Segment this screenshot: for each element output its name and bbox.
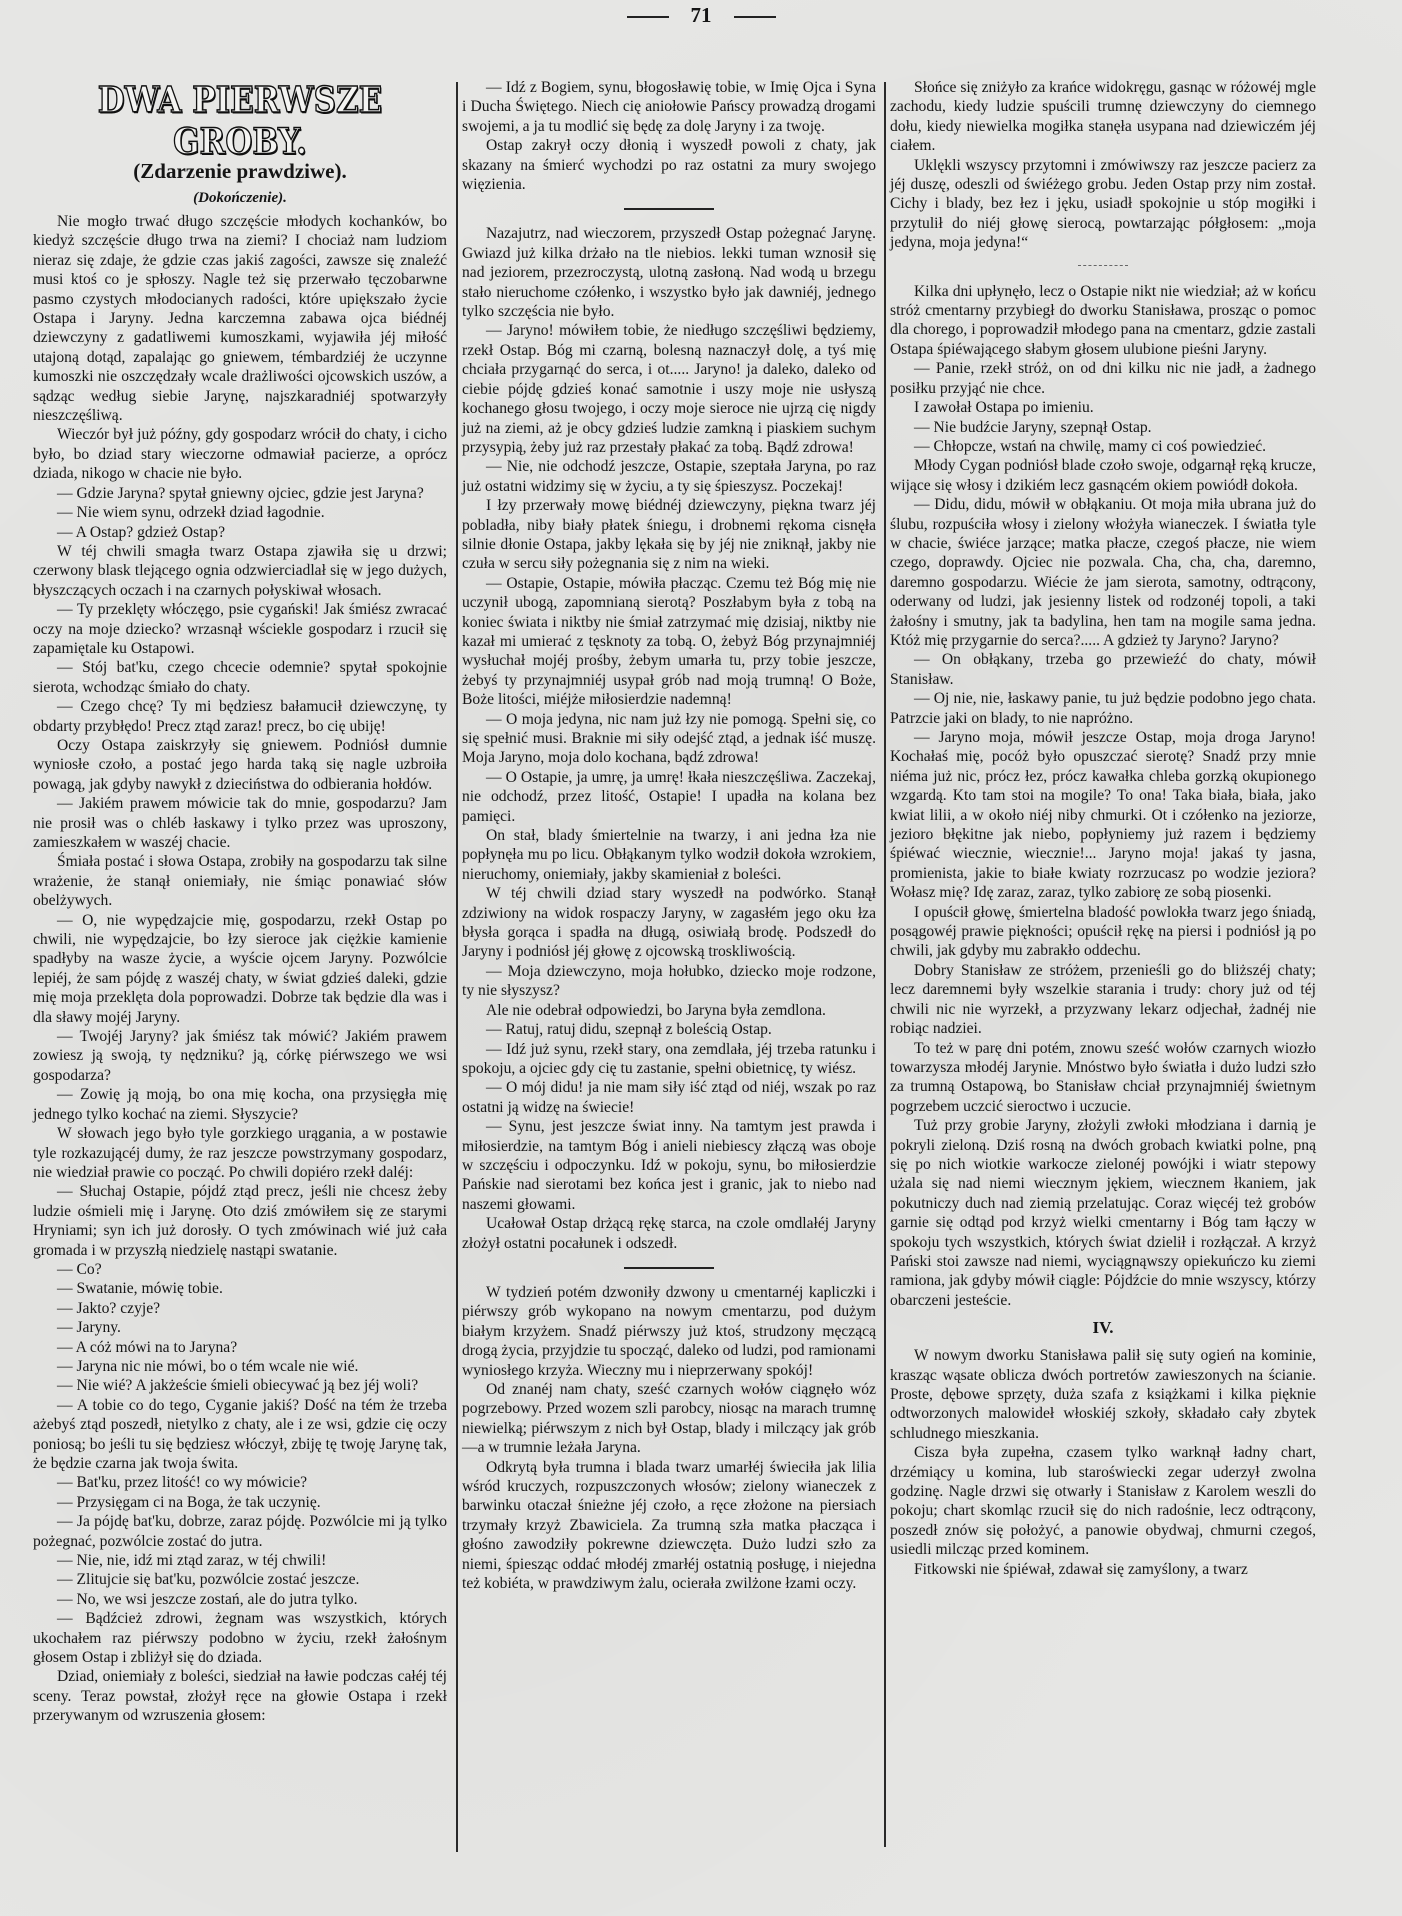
dialogue-paragraph: — Twojéj Jaryny? jak śmiész tak mówić? J…	[33, 1027, 447, 1085]
dialogue-paragraph: — O mój didu! ja nie mam siły iść ztąd o…	[462, 1078, 876, 1117]
column-3-body: Słońce się zniżyło za krańce widokręgu, …	[890, 78, 1316, 1579]
section-heading: IV.	[890, 1316, 1316, 1340]
column-1-body: Nie mogło trwać długo szczęście młodych …	[33, 212, 447, 1726]
dialogue-paragraph: — Idź z Bogiem, synu, błogosławię tobie,…	[462, 78, 876, 136]
dialogue-paragraph: — Idź już synu, rzekł stary, ona zemdlał…	[462, 1040, 876, 1079]
dialogue-paragraph: — Jaryna nic nie mówi, bo o tém wcale ni…	[33, 1357, 447, 1376]
dialogue-paragraph: — Nie wiem synu, odrzekł dziad łagodnie.	[33, 503, 447, 522]
dialogue-paragraph: — Ja pójdę bat'ku, dobrze, zaraz pójdę. …	[33, 1512, 447, 1551]
paragraph: Odkrytą była trumna i blada twarz umarłé…	[462, 1458, 876, 1594]
paragraph: W téj chwili smagła twarz Ostapa zjawiła…	[33, 542, 447, 600]
dialogue-paragraph: — Ratuj, ratuj didu, szepnął z boleścią …	[462, 1020, 876, 1039]
paragraph: W téj chwili dziad stary wyszedł na podw…	[462, 884, 876, 962]
paragraph: Dobry Stanisław ze stróżem, przenieśli g…	[890, 961, 1316, 1039]
paragraph: I zawołał Ostapa po imieniu.	[890, 398, 1316, 417]
paragraph: W słowach jego było tyle gorzkiego urąga…	[33, 1124, 447, 1182]
dialogue-paragraph: — Bądźcież zdrowi, żegnam was wszystkich…	[33, 1609, 447, 1667]
paragraph: Kilka dni upłynęło, lecz o Ostapie nikt …	[890, 282, 1316, 360]
paragraph: Słońce się zniżyło za krańce widokręgu, …	[890, 78, 1316, 156]
dialogue-paragraph: — Co?	[33, 1260, 447, 1279]
page-number-text: 71	[691, 3, 712, 27]
column-3: Słońce się zniżyło za krańce widokręgu, …	[890, 78, 1316, 1579]
dialogue-paragraph: — Słuchaj Ostapie, pójdź ztąd precz, jeś…	[33, 1182, 447, 1260]
dialogue-paragraph: — Ty przeklęty włóczęgo, psie cygański! …	[33, 600, 447, 658]
dialogue-paragraph: — Stój bat'ku, czego chcecie odemnie? sp…	[33, 658, 447, 697]
column-rule-1	[456, 82, 458, 1852]
dialogue-paragraph: — Nie, nie odchodź jeszcze, Ostapie, sze…	[462, 457, 876, 496]
dialogue-paragraph: — A cóż mówi na to Jaryna?	[33, 1338, 447, 1357]
column-2-body: — Idź z Bogiem, synu, błogosławię tobie,…	[462, 78, 876, 1593]
paragraph: Tuż przy grobie Jaryny, złożyli zwłoki m…	[890, 1116, 1316, 1310]
dialogue-paragraph: — Przysięgam ci na Boga, że tak uczynię.	[33, 1493, 447, 1512]
paragraph: Fitkowski nie śpiéwał, zdawał się zamyśl…	[890, 1560, 1316, 1579]
dialogue-paragraph: — Jakto? czyje?	[33, 1299, 447, 1318]
paragraph: Oczy Ostapa zaiskrzyły się gniewem. Podn…	[33, 736, 447, 794]
column-1: DWA PIERWSZE GROBY. (Zdarzenie prawdziwe…	[33, 78, 447, 1726]
paragraph: Ostap zakrył oczy dłonią i wyszedł powol…	[462, 136, 876, 194]
paragraph: On stał, blady śmiertelnie na twarzy, i …	[462, 826, 876, 884]
dialogue-paragraph: — No, we wsi jeszcze zostań, ale do jutr…	[33, 1590, 447, 1609]
paragraph: Młody Cygan podniósł blade czoło swoje, …	[890, 456, 1316, 495]
dialogue-paragraph: — Jaryno moja, mówił jeszcze Ostap, moja…	[890, 728, 1316, 903]
paragraph: Nie mogło trwać długo szczęście młodych …	[33, 212, 447, 425]
paragraph: Od znanéj nam chaty, sześć czarnych wołó…	[462, 1380, 876, 1458]
dialogue-paragraph: — Jakiém prawem mówicie tak do mnie, gos…	[33, 794, 447, 852]
paragraph: Dziad, oniemiały z boleści, siedział na …	[33, 1667, 447, 1725]
paragraph: Ucałował Ostap drżącą rękę starca, na cz…	[462, 1214, 876, 1253]
section-separator	[624, 208, 714, 210]
dialogue-paragraph: — Oj nie, nie, łaskawy panie, tu już będ…	[890, 689, 1316, 728]
continued-note: (Dokończenie).	[33, 188, 447, 208]
dialogue-paragraph: — Panie, rzekł stróż, on od dni kilku ni…	[890, 359, 1316, 398]
dialogue-paragraph: — Nie, nie, idź mi ztąd zaraz, w téj chw…	[33, 1551, 447, 1570]
dialogue-paragraph: — Zlitujcie się bat'ku, pozwólcie zostać…	[33, 1570, 447, 1589]
paragraph: Wieczór był już późny, gdy gospodarz wró…	[33, 425, 447, 483]
paragraph: Cisza była zupełna, czasem tylko warknął…	[890, 1443, 1316, 1559]
column-rule-2	[884, 82, 886, 1847]
dialogue-paragraph: — O Ostapie, ja umrę, ja umrę! łkała nie…	[462, 768, 876, 826]
dialogue-paragraph: — Chłopcze, wstań na chwilę, mamy ci coś…	[890, 437, 1316, 456]
dialogue-paragraph: — Jaryny.	[33, 1318, 447, 1337]
page-number-rule-left	[627, 16, 669, 18]
dialogue-paragraph: — Didu, didu, mówił w obłąkaniu. Ot moja…	[890, 495, 1316, 650]
dialogue-paragraph: — Zowię ją moją, bo ona mię kocha, ona p…	[33, 1085, 447, 1124]
paragraph: W tydzień potém dzwoniły dzwony u cmenta…	[462, 1283, 876, 1380]
dialogue-paragraph: — O moja jedyna, nic nam już łzy nie pom…	[462, 710, 876, 768]
article-title: DWA PIERWSZE GROBY.	[33, 80, 447, 167]
dialogue-paragraph: — Jaryno! mówiłem tobie, że niedługo szc…	[462, 321, 876, 457]
column-2: — Idź z Bogiem, synu, błogosławię tobie,…	[462, 78, 876, 1593]
dialogue-paragraph: — Swatanie, mówię tobie.	[33, 1279, 447, 1298]
section-separator	[624, 1267, 714, 1269]
paragraph: I łzy przerwały mowę biédnéj dziewczyny,…	[462, 496, 876, 574]
paragraph: W nowym dworku Stanisława palił się suty…	[890, 1346, 1316, 1443]
dialogue-paragraph: — Nie wié? A jakżeście śmieli obiecywać …	[33, 1376, 447, 1395]
dialogue-paragraph: — Gdzie Jaryna? spytał gniewny ojciec, g…	[33, 484, 447, 503]
paragraph: Śmiała postać i słowa Ostapa, zrobiły na…	[33, 852, 447, 910]
dialogue-paragraph: — O, nie wypędzajcie mię, gospodarzu, rz…	[33, 911, 447, 1027]
dialogue-paragraph: — Bat'ku, przez litość! co wy mówicie?	[33, 1473, 447, 1492]
dialogue-paragraph: — On obłąkany, trzeba go przewieźć do ch…	[890, 650, 1316, 689]
dialogue-paragraph: — Synu, jest jeszcze świat inny. Na tamt…	[462, 1117, 876, 1214]
dialogue-paragraph: — Czego chcę? Ty mi będziesz bałamucił d…	[33, 697, 447, 736]
dialogue-paragraph: — Nie budźcie Jaryny, szepnął Ostap.	[890, 418, 1316, 437]
dialogue-paragraph: — Ostapie, Ostapie, mówiła płacząc. Czem…	[462, 574, 876, 710]
page-number-rule-right	[734, 16, 776, 18]
paragraph: To też w parę dni potém, znowu sześć woł…	[890, 1039, 1316, 1117]
section-separator	[1078, 265, 1128, 266]
dialogue-paragraph: — A tobie co do tego, Cyganie jakiś? Doś…	[33, 1396, 447, 1474]
paragraph: I opuścił głowę, śmiertelna bladość powl…	[890, 903, 1316, 961]
paragraph: Ale nie odebrał odpowiedzi, bo Jaryna by…	[462, 1001, 876, 1020]
dialogue-paragraph: — A Ostap? gdzież Ostap?	[33, 523, 447, 542]
paragraph: Uklękli wszyscy przytomni i zmówiwszy ra…	[890, 156, 1316, 253]
dialogue-paragraph: — Moja dziewczyno, moja hołubko, dziecko…	[462, 962, 876, 1001]
paragraph: Nazajutrz, nad wieczorem, przyszedł Osta…	[462, 224, 876, 321]
page-number: 71	[0, 2, 1402, 28]
